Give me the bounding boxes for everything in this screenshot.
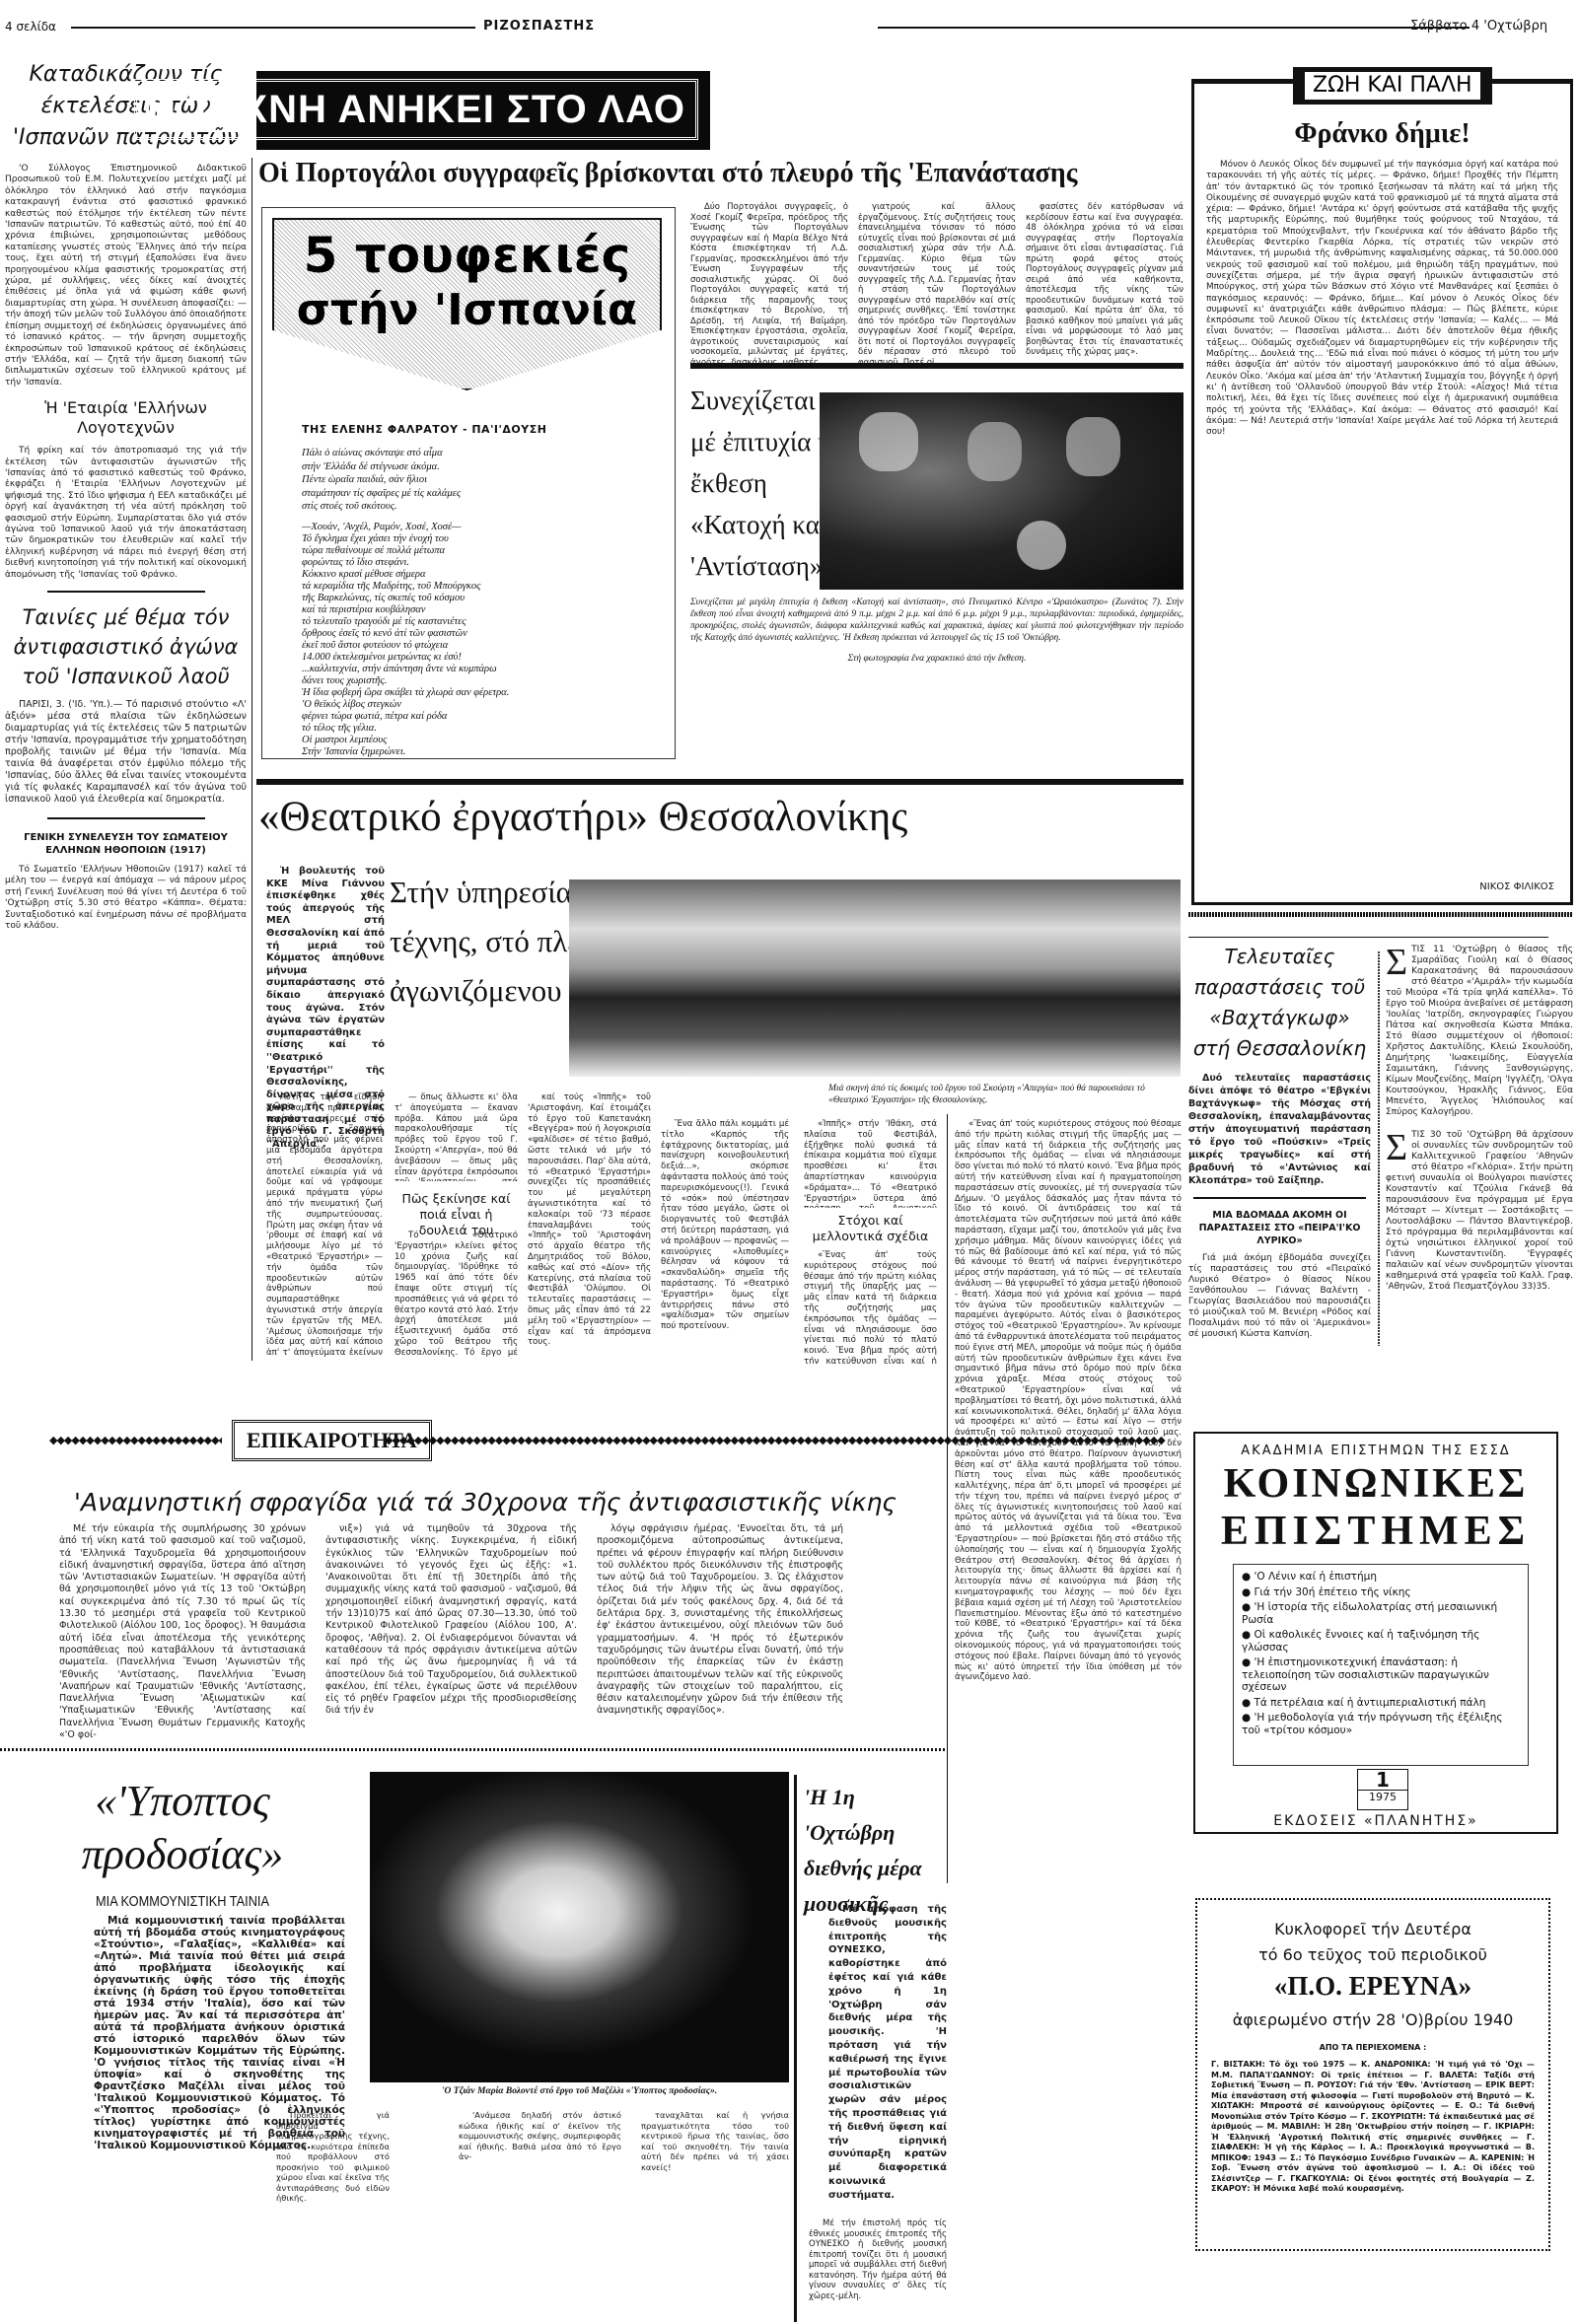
stamp-col-2: νιξ») γιά νά τιμηθοῦν τά 30χρονα τῆς ἀντ…: [325, 1523, 577, 1719]
theatre-col-6a: «Ἕνας ἀπ' τούς κυριότερους στόχους πού θ…: [804, 1250, 937, 1364]
film-photo-caption: 'Ο Τζιάν Μαρία Βολοντέ στό ἔργο τοῦ Μαζέ…: [370, 2086, 789, 2096]
academy-ad-box: ΑΚΑΔΗΜΙΑ ΕΠΙΣΤΗΜΩΝ ΤΗΣ ΕΣΣΔ ΚΟΙΝΩΝΙΚΕΣ Ε…: [1193, 1432, 1558, 1834]
article-actors-body: Τό Σωματεῖο 'Ελλήνων Ἠθοποιῶν (1917) καλ…: [5, 865, 247, 932]
portugal-col-2: γιατρούς καί ἄλλους ἐργαζόμενους. Στίς σ…: [858, 202, 1016, 369]
franko-box: ΖΩΗ ΚΑΙ ΠΑΛΗ Φράνκο δήμιε! Μόνον ὁ Λευκό…: [1191, 79, 1573, 905]
exhibition-caption: Συνεχίζεται μέ μεγάλη ἐπιτυχία ἡ ἔκθεση …: [690, 597, 1183, 644]
ereuna-line-1: Κυκλοφορεῖ τήν Δευτέρα: [1197, 1920, 1548, 1938]
academy-title-2: ΕΠΙΣΤΗΜΕΣ: [1195, 1509, 1556, 1554]
franko-body: Μόνον ὁ Λευκός Οἶκος δέν συμφωνεῖ μέ τήν…: [1206, 160, 1558, 439]
poem-banner-line2: στήν 'Ισπανία: [272, 285, 662, 336]
ereuna-title: «Π.Ο. ΕΡΕΥΝΑ»: [1197, 1971, 1548, 2002]
list-item: ● Οἱ καθολικές ἔννοιες καί ἡ ταξινόμηση …: [1242, 1629, 1520, 1654]
exhibition-photo: [820, 392, 1183, 590]
music-day-body-2: Μέ τήν ἐπιστολή πρός τίς ἐθνικές μουσικέ…: [809, 2218, 947, 2302]
stamp-col-3: λόγῳ σφράγισιν ἡμέρας. 'Εννοεῖται ὅτι, τ…: [597, 1523, 843, 1719]
life-struggle-banner: ΖΩΗ ΚΑΙ ΠΑΛΗ: [1293, 67, 1492, 105]
gloria-body: ΣΤΙΣ 30 τοῦ 'Οχτώβρη θά ἀρχίσουν οἱ συνα…: [1386, 1130, 1573, 1293]
ereuna-contents-label: ΑΠΟ ΤΑ ΠΕΡΙΕΧΟΜΕΝΑ :: [1197, 2043, 1548, 2052]
ereuna-line-3: ἀφιερωμένο στήν 28 'Ο)βρίου 1940: [1197, 2010, 1548, 2029]
section-rule-dotted: [1188, 912, 1573, 917]
portugal-col-3: φασίστες δέν κατόρθωσαν νά κερδίσουν ἔστ…: [1026, 202, 1183, 359]
divider: [47, 817, 205, 819]
academy-title-1: ΚΟΙΝΩΝΙΚΕΣ: [1195, 1461, 1556, 1507]
exhibition-caption-2: Στή φωτογραφία ἕνα χαρακτικό ἀπό τήν ἔκθ…: [690, 654, 1183, 664]
sigma-dropcap: Σ: [1386, 945, 1407, 980]
column-divider: [251, 158, 252, 1361]
theatre-col-2: — ὅπως ἄλλωστε κι' ὅλα τ' ἀπογεύματα — ἔ…: [394, 1092, 518, 1181]
theatre-photo: [569, 880, 1181, 1077]
theatre-col-3: καί τούς «Ἱππῆς» τοῦ 'Αριστοφάνη. Καί ἑτ…: [528, 1092, 651, 1359]
academy-contents-box: ● 'Ο Λένιν καί ἡ ἐπιστήμη ● Γιά τήν 30ή …: [1233, 1564, 1529, 1766]
section-rule-dotted: [0, 1748, 947, 1751]
theatre-photo-caption: Μιά σκηνή ἀπό τίς δοκιμές τοῦ ἔργου τοῦ …: [828, 1083, 1183, 1106]
film-col-4: ταναχλᾶται καί ἡ γνήσια πραγματικότητα τ…: [641, 2110, 789, 2173]
list-item: ● Γιά τήν 30ή ἐπέτειο τῆς νίκης: [1242, 1586, 1520, 1599]
subhead-writers-society: Ἡ 'Εταιρία 'Ελλήνων Λογοτεχνῶν: [5, 398, 247, 438]
headline-exhibition: Συνεχίζεται μέ ἐπιτυχία ἡ ἔκθεση «Κατοχή…: [690, 380, 838, 587]
headline-portuguese-writers: Οἱ Πορτογάλοι συγγραφεῖς βρίσκονται στό …: [258, 156, 1176, 191]
list-item: ● 'Η μεθοδολογία γιά τήν πρόγνωση τῆς ἐξ…: [1242, 1712, 1520, 1736]
article-films-body: ΠΑΡΙΣΙ, 3. ('Ιδ. 'Υπ.).— Τό παρισινό στο…: [5, 699, 247, 806]
list-item: ● 'Η ἱστορία τῆς εἰδωλολατρίας στή μεσαι…: [1242, 1601, 1520, 1626]
vakhtangov-column: Τελευταῖες παραστάσεις τοῦ «Βαχτάγκωφ» σ…: [1188, 942, 1371, 1341]
headline-theatre-workshop: «Θεατρικό ἐργαστήρι» Θεσσαλονίκης: [258, 789, 1181, 846]
theatre-col-5: «Ἱππῆς» στήν 'Ιθάκη, στά πλαίσια τοῦ Φεσ…: [804, 1119, 937, 1208]
poem-stanza-1: Πάλι ὁ αἰώνας σκόνταψε στό αἷμαστήν 'Ελλ…: [302, 447, 657, 514]
vakhtangov-body: Δυό τελευταῖες παραστάσεις δίνει ἀπόψε τ…: [1188, 1072, 1371, 1187]
theatre-subhead-goals: Στόχοι καί μελλοντικά σχέδια: [804, 1213, 937, 1244]
theatre-col-4: Ἕνα ἄλλο πάλι κομμάτι μέ τίτλο «Καρπός τ…: [661, 1119, 789, 1356]
academy-header: ΑΚΑΔΗΜΙΑ ΕΠΙΣΤΗΜΩΝ ΤΗΣ ΕΣΣΔ: [1195, 1444, 1556, 1458]
list-item: ● Τά πετρέλαια καί ἡ ἀντιιμπεριαλιστική …: [1242, 1697, 1520, 1710]
amiral-body: ΣΤΙΣ 11 'Οχτώβρη ὁ θίασος τῆς Σμαράϊδας …: [1386, 945, 1573, 1118]
masthead-rule-left: [71, 27, 475, 29]
film-kicker: ΜΙΑ ΚΟΜΜΟΥΝΙΣΤΙΚΗ ΤΑΙΝΙΑ: [44, 1893, 322, 1910]
page-number: 4 σελίδα: [5, 20, 56, 34]
headline-commemorative-stamp: 'Αναμνηστική σφραγίδα γιά τά 30χρονα τῆς…: [74, 1487, 962, 1518]
column-divider-dotted: [1378, 951, 1380, 1346]
article-executions-body: 'Ο Σύλλογος Ἐπιστημονικοῦ Διδακτικοῦ Προ…: [5, 164, 247, 388]
headline-films: Ταινίες μέ θέμα τόν ἀντιφασιστικό ἀγώνα …: [5, 602, 247, 691]
poem-stanza-2: —Χουάν, 'Ανχέλ, Ραμόν, Χοσέ, Χοσέ—Τό ἔγκ…: [302, 522, 657, 758]
poem-banner-line1: 5 τουφεκιές: [272, 230, 662, 281]
stamp-col-1: Μέ τήν εὐκαιρία τῆς συμπλήρωσης 30 χρόνω…: [59, 1523, 306, 1742]
theatre-col-1: Αὐτή τήν εἴδηση διαδόσαμε πρίν δέκα περί…: [266, 1092, 383, 1359]
ereuna-contents: Γ. ΒΙΣΤΑΚΗ: Τό ὄχι τοῦ 1975 — Κ. ΑΝΔΡΟΝΙ…: [1211, 2060, 1535, 2195]
film-col-2: Πρόκειται γιά ὑπόδειγμα κινηματογραφικῆς…: [276, 2110, 390, 2205]
section-rule: [690, 363, 1183, 369]
masthead-date: Σάββατο 4 'Οχτώβρη: [1410, 19, 1547, 34]
film-col-3: 'Ανάμεσα δηλαδή στόν ἀστικό κώδικα ἠθικῆ…: [459, 2110, 621, 2163]
art-banner-box: Η ΤΕΧΝΗ ΑΝΗΚΕΙ ΣΤΟ ΛΑΟ: [256, 71, 710, 150]
piraeus-body: Γιά μιά ἀκόμη ἑβδομάδα συνεχίζει τίς παρ…: [1188, 1253, 1371, 1340]
poem-author: ΤΗΣ ΕΛΕΝΗΣ ΦΑΛΡΑΤΟΥ - ΠΑ'Ι'ΔΟΥΣΗ: [302, 423, 546, 436]
masthead-rule-right: [878, 27, 1470, 29]
art-banner-title: Η ΤΕΧΝΗ ΑΝΗΚΕΙ ΣΤΟ ΛΑΟ: [134, 79, 698, 140]
subhead-actors-union: ΓΕΝΙΚΗ ΣΥΝΕΛΕΥΣΗ ΤΟΥ ΣΩΜΑΤΕΙΟΥ ΕΛΛΗΝΩΝ Η…: [5, 831, 247, 857]
sigma-dropcap: Σ: [1386, 1130, 1407, 1165]
divider: [1193, 1197, 1366, 1199]
column-divider: [794, 1775, 797, 2322]
headline-music-day: 'Η 1η 'Οχτώβρη διεθνής μέρα μουσικῆς: [804, 1780, 947, 1922]
franko-signature: ΝΙΚΟΣ ΦΙΛΙΚΟΣ: [1479, 881, 1554, 892]
section-rule: [1188, 937, 1548, 938]
divider: [47, 591, 205, 593]
portugal-col-1: Δύο Πορτογάλοι συγγραφεῖς, ὁ Χοσέ Γκομίζ…: [690, 202, 848, 369]
poem-box: 5 τουφεκιές στήν 'Ισπανία ΤΗΣ ΕΛΕΝΗΣ ΦΑΛ…: [261, 207, 676, 759]
ereuna-ad-box: Κυκλοφορεῖ τήν Δευτέρα τό 6ο τεῦχος τοῦ …: [1195, 1898, 1550, 2251]
theatre-col-6b: «Ἕνας ἀπ' τούς κυριότερους στόχους πού θ…: [955, 1119, 1182, 1878]
concerts-column: ΣΤΙΣ 11 'Οχτώβρη ὁ θίασος τῆς Σμαράϊδας …: [1386, 945, 1573, 1293]
diamond-rule-right: ◆◆◆◆◆◆◆◆◆◆◆◆◆◆◆◆◆◆◆◆◆◆◆◆◆◆◆◆◆◆◆◆◆◆◆◆◆◆◆◆…: [385, 1435, 1183, 1446]
list-item: ● 'Ο Λένιν καί ἡ ἐπιστήμη: [1242, 1571, 1520, 1584]
article-writers-body: Τή φρίκη καί τόν ἀποτροπιασμό της γιά τή…: [5, 446, 247, 581]
issue-badge: 1 1975: [1357, 1769, 1408, 1810]
section-rule: [256, 779, 1183, 785]
masthead-paper-name: ΡΙΖΟΣΠΑΣΤΗΣ: [483, 19, 595, 34]
academy-contents-list: ● 'Ο Λένιν καί ἡ ἐπιστήμη ● Γιά τήν 30ή …: [1242, 1571, 1520, 1736]
theatre-col-2b: Τό «Θεατρικό 'Εργαστήρι» κλείνει φέτος 1…: [394, 1231, 518, 1359]
headline-film: «'Υποπτος προδοσίας»: [20, 1775, 345, 1881]
film-still-photo: [370, 1772, 789, 2082]
academy-publisher: ΕΚΔΟΣΕΙΣ «ΠΛΑΝΗΤΗΣ»: [1195, 1813, 1556, 1829]
left-column: Καταδικάζουν τίς έκτελέσεις τῶν 'Ισπανῶν…: [5, 59, 247, 933]
ereuna-line-2: τό 6ο τεῦχος τοῦ περιοδικοῦ: [1197, 1945, 1548, 1964]
headline-vakhtangov: Τελευταῖες παραστάσεις τοῦ «Βαχτάγκωφ» σ…: [1188, 942, 1371, 1064]
music-day-body: Μέ ἀπόφαση τῆς διεθνοῦς μουσικῆς ἐπιτροπ…: [828, 1903, 947, 2204]
headline-franko: Φράνκο δήμιε!: [1194, 118, 1570, 150]
diamond-rule-left: ◆◆◆◆◆◆◆◆◆◆◆◆◆◆◆◆◆◆◆◆◆◆◆◆◆◆: [49, 1435, 222, 1446]
subhead-piraeus-lyric: ΜΙΑ ΒΔΟΜΑΔΑ ΑΚΟΜΗ ΟΙ ΠΑΡΑΣΤΑΣΕΙΣ ΣΤΟ «ΠΕ…: [1188, 1209, 1371, 1247]
list-item: ● 'Η ἐπιστημονικοτεχνική ἐπανάσταση: ἡ τ…: [1242, 1656, 1520, 1694]
